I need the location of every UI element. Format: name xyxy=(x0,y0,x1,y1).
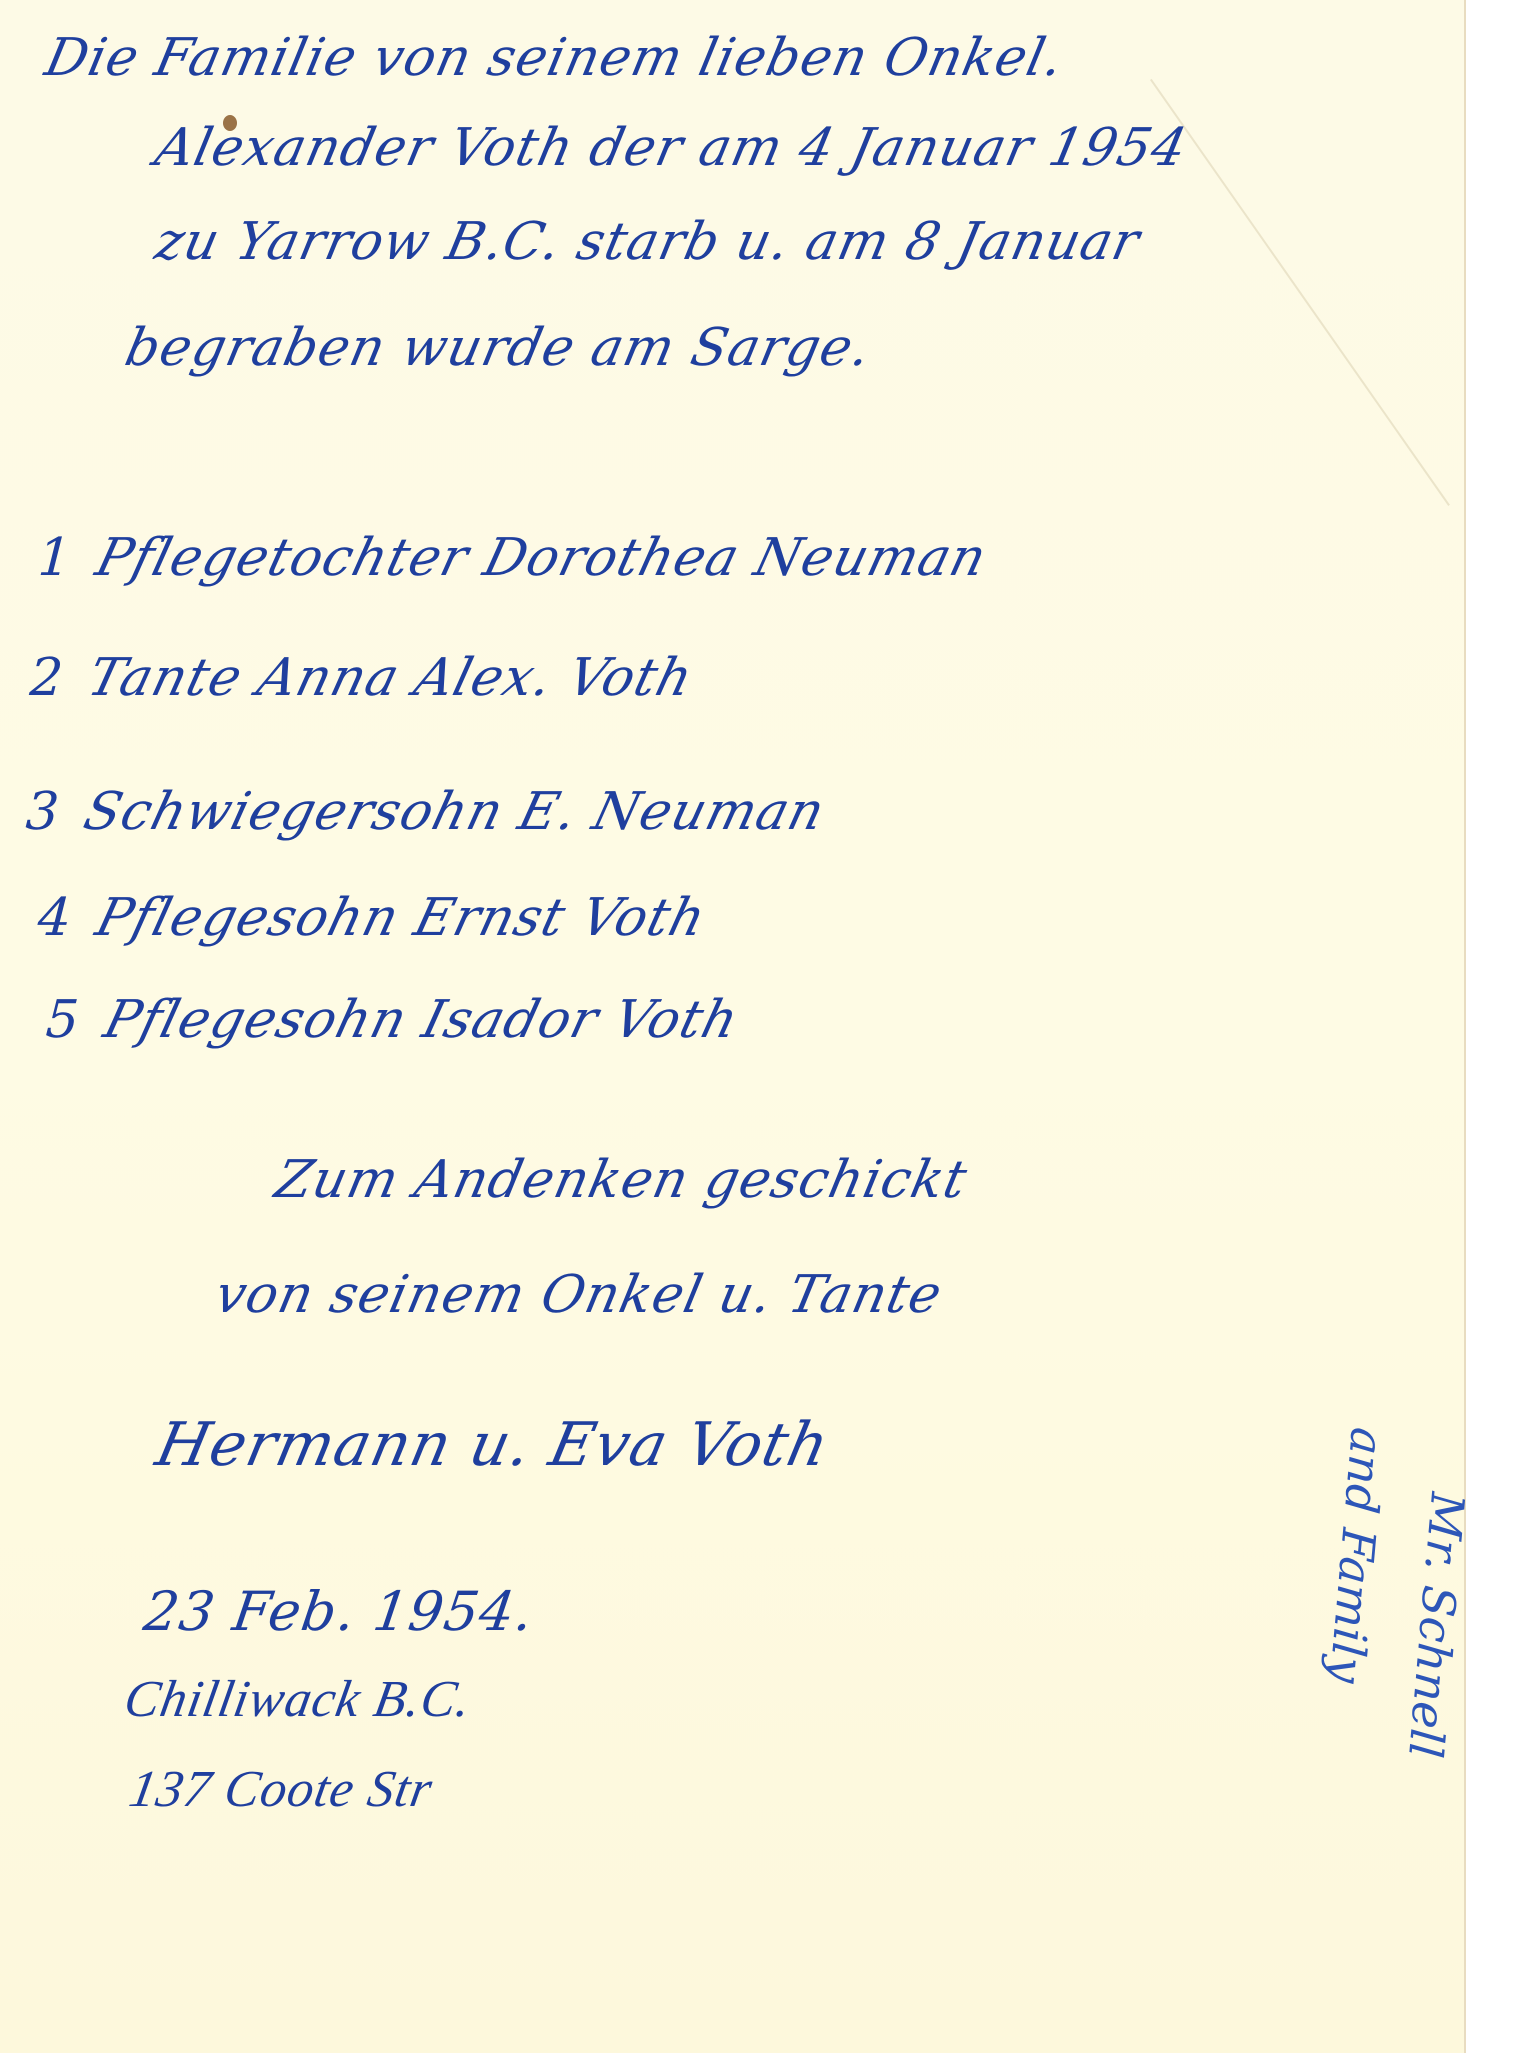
list-item-text: Pflegetochter Dorothea Neuman xyxy=(90,528,993,588)
list-item-5: 5Pflegesohn Isador Voth xyxy=(38,990,745,1050)
intro-line-3: zu Yarrow B.C. starb u. am 8 Januar xyxy=(150,212,1145,272)
intro-line-2: Alexander Voth der am 4 Januar 1954 xyxy=(150,118,1192,178)
list-item-2: 2Tante Anna Alex. Voth xyxy=(22,648,699,708)
closing-line-1: Zum Andenken geschickt xyxy=(270,1150,973,1210)
list-item-1: 1Pflegetochter Dorothea Neuman xyxy=(30,528,993,588)
list-item-3: 3Schwiegersohn E. Neuman xyxy=(18,782,831,842)
address-line-1: Chilliwack B.C. xyxy=(120,1670,476,1729)
paper-fold-crease xyxy=(1150,79,1450,506)
list-item-text: Schwiegersohn E. Neuman xyxy=(78,782,831,842)
list-item-text: Tante Anna Alex. Voth xyxy=(82,648,699,708)
intro-line-4: begraben wurde am Sarge. xyxy=(120,318,876,378)
margin-note-line-2: and Family xyxy=(1319,1425,1395,1685)
intro-line-1: Die Familie von seinem lieben Onkel. xyxy=(40,28,1069,88)
list-item-text: Pflegesohn Isador Voth xyxy=(98,990,745,1050)
letter-date: 23 Feb. 1954. xyxy=(140,1580,538,1643)
address-line-2: 137 Coote Str xyxy=(125,1760,437,1819)
list-item-4: 4Pflegesohn Ernst Voth xyxy=(30,888,712,948)
margin-note-line-1: Mr. Schnell xyxy=(1398,1490,1475,1760)
signature: Hermann u. Eva Voth xyxy=(150,1410,835,1480)
letter-paper: Die Familie von seinem lieben Onkel. Ale… xyxy=(0,0,1466,2053)
list-item-text: Pflegesohn Ernst Voth xyxy=(90,888,712,948)
closing-line-2: von seinem Onkel u. Tante xyxy=(210,1265,948,1325)
